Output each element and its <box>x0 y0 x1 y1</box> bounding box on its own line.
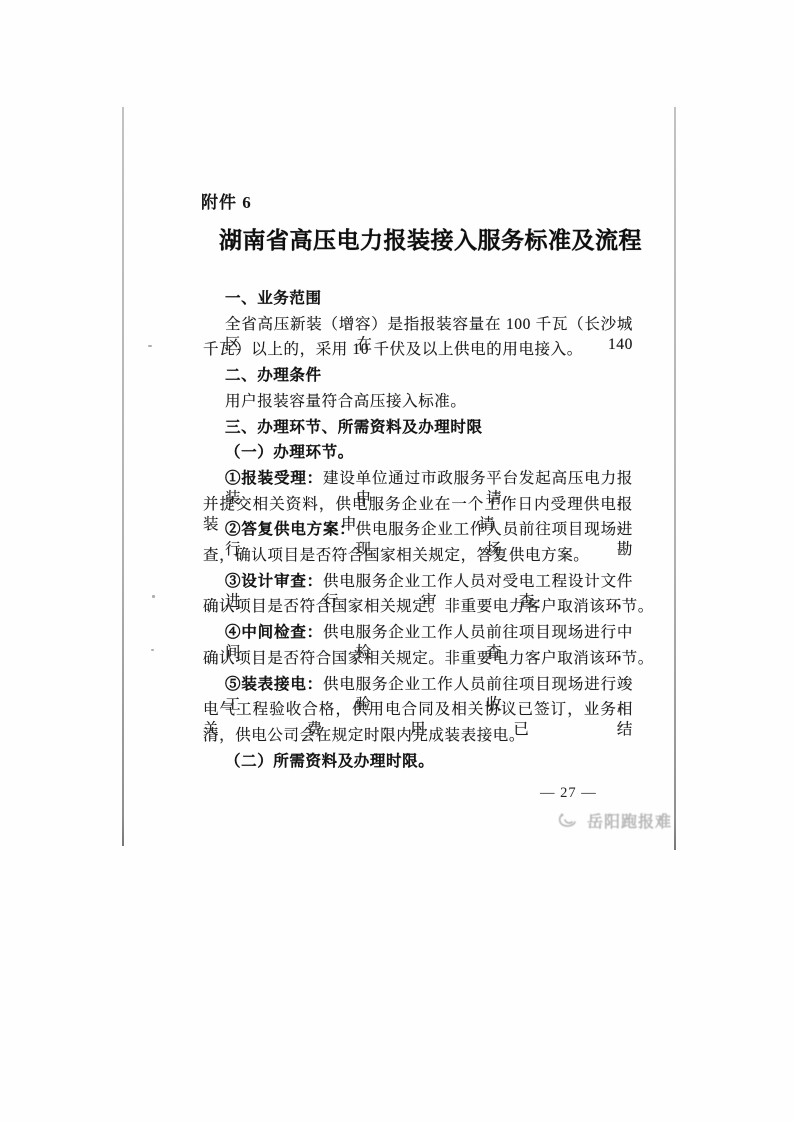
text-line-label: ④中间检查： <box>225 624 323 641</box>
text-line-text: 清，供电公司会在规定时限内完成装表接电。 <box>203 727 525 744</box>
text-line: 清，供电公司会在规定时限内完成装表接电。 <box>203 726 525 746</box>
text-line: （一）办理环节。 <box>225 443 354 463</box>
text-line-text: 确认项目是否符合国家相关规定。非重要电力客户取消该环节。 <box>203 598 654 615</box>
text-line-label: ⑤装表接电： <box>225 676 323 693</box>
text-line: 三、办理环节、所需资料及办理时限 <box>225 418 483 438</box>
document-page: 附件 6 湖南省高压电力报装接入服务标准及流程 一、业务范围全省高压新装（增容）… <box>0 0 793 1121</box>
text-line-label: ③设计审查： <box>225 573 323 590</box>
text-line-text: 一、业务范围 <box>225 290 322 307</box>
text-line: 查，确认项目是否符合国家相关规定，答复供电方案。 <box>203 546 589 566</box>
text-line: 确认项目是否符合国家相关规定。非重要电力客户取消该环节。 <box>203 649 654 669</box>
text-line: 二、办理条件 <box>225 366 322 386</box>
scan-speck <box>152 595 155 598</box>
text-line: 一、业务范围 <box>225 289 322 309</box>
swirl-logo-icon <box>557 810 583 832</box>
text-line-label: ①报装受理： <box>225 470 323 487</box>
text-line-label: ②答复供电方案： <box>225 521 356 538</box>
text-line-text: 确认项目是否符合国家相关规定。非重要电力客户取消该环节。 <box>203 650 654 667</box>
text-line: （二）所需资料及办理时限。 <box>225 752 434 772</box>
watermark: 岳阳跑报难 <box>557 809 672 832</box>
scan-speck <box>148 345 152 347</box>
text-line-text: （二）所需资料及办理时限。 <box>225 753 434 770</box>
text-line: 确认项目是否符合国家相关规定。非重要电力客户取消该环节。 <box>203 597 654 617</box>
text-line-text: 千瓦）以上的，采用 10 千伏及以上供电的用电接入。 <box>203 341 583 358</box>
text-line: 用户报装容量符合高压接入标准。 <box>225 392 467 412</box>
text-line-text: （一）办理环节。 <box>225 444 354 461</box>
document-body: 一、业务范围全省高压新装（增容）是指报装容量在 100 千瓦（长沙城区在 140… <box>0 0 793 1121</box>
text-line-text: 二、办理条件 <box>225 367 322 384</box>
text-line-text: 三、办理环节、所需资料及办理时限 <box>225 419 483 436</box>
text-line-text: 用户报装容量符合高压接入标准。 <box>225 393 467 410</box>
page-number: — 27 — <box>540 785 597 802</box>
text-line: 千瓦）以上的，采用 10 千伏及以上供电的用电接入。 <box>203 340 583 360</box>
scan-speck <box>151 649 154 651</box>
watermark-text: 岳阳跑报难 <box>587 809 672 832</box>
text-line-text: 查，确认项目是否符合国家相关规定，答复供电方案。 <box>203 547 589 564</box>
